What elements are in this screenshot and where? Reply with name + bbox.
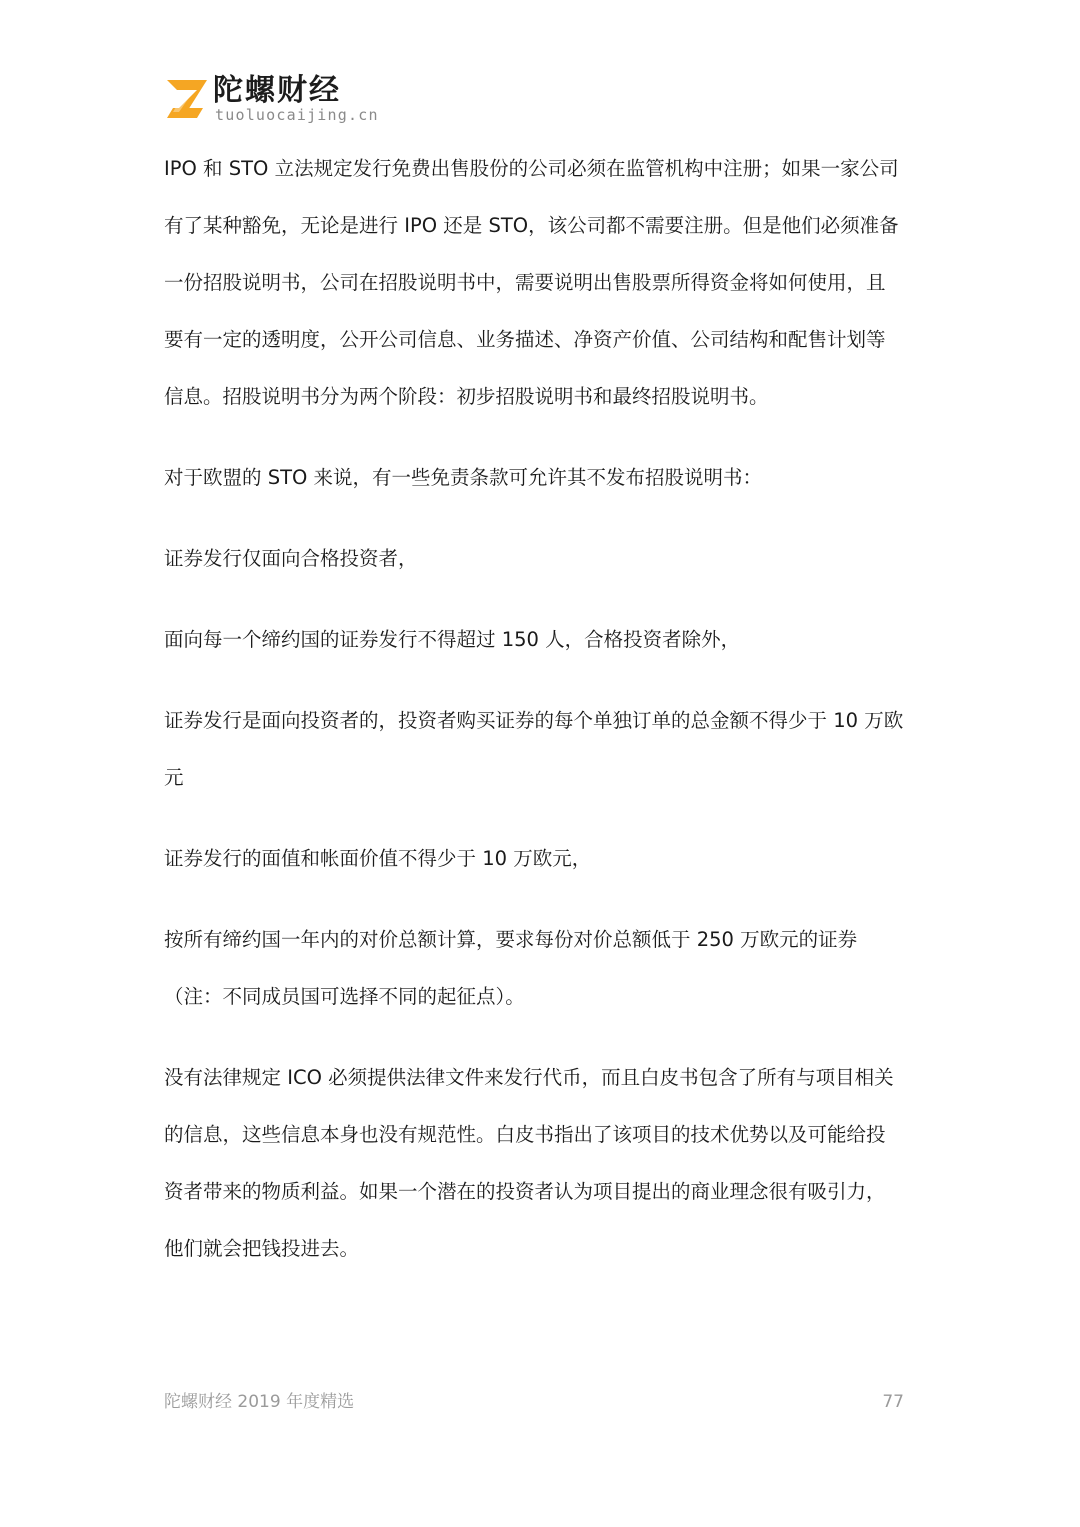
page-number: 77 xyxy=(882,1390,904,1414)
paragraph-min-order: 证券发行是面向投资者的，投资者购买证券的每个单独订单的总金额不得少于 10 万欧… xyxy=(164,692,924,806)
paragraph-eu-exemptions-intro: 对于欧盟的 STO 来说，有一些免责条款可允许其不发布招股说明书： xyxy=(164,449,924,506)
paragraph-ico-whitepaper: 没有法律规定 ICO 必须提供法律文件来发行代币，而且白皮书包含了所有与项目相关… xyxy=(164,1049,924,1277)
text-line: 信息。招股说明书分为两个阶段：初步招股说明书和最终招股说明书。 xyxy=(164,368,924,425)
paragraph-total-consideration: 按所有缔约国一年内的对价总额计算，要求每份对价总额低于 250 万欧元的证券 （… xyxy=(164,911,924,1025)
text-line: 元 xyxy=(164,749,924,806)
text-line: 要有一定的透明度，公开公司信息、业务描述、净资产价值、公司结构和配售计划等 xyxy=(164,311,924,368)
text-line: 证券发行的面值和帐面价值不得少于 10 万欧元， xyxy=(164,830,924,887)
logo-domain: tuoluocaijing.cn xyxy=(215,106,379,124)
text-line: 证券发行是面向投资者的，投资者购买证券的每个单独订单的总金额不得少于 10 万欧 xyxy=(164,692,924,749)
page-footer: 陀螺财经 2019 年度精选 77 xyxy=(164,1390,904,1414)
text-line: 对于欧盟的 STO 来说，有一些免责条款可允许其不发布招股说明书： xyxy=(164,449,924,506)
paragraph-150-persons: 面向每一个缔约国的证券发行不得超过 150 人，合格投资者除外， xyxy=(164,611,924,668)
text-line: IPO 和 STO 立法规定发行免费出售股份的公司必须在监管机构中注册；如果一家… xyxy=(164,140,924,197)
z-logo-icon xyxy=(163,76,209,122)
brand-logo: 陀螺财经 tuoluocaijing.cn xyxy=(163,74,363,124)
logo-name-cn: 陀螺财经 xyxy=(213,74,341,108)
text-line: 没有法律规定 ICO 必须提供法律文件来发行代币，而且白皮书包含了所有与项目相关 xyxy=(164,1049,924,1106)
paragraph-ipo-sto-registration: IPO 和 STO 立法规定发行免费出售股份的公司必须在监管机构中注册；如果一家… xyxy=(164,140,924,425)
text-line: 有了某种豁免，无论是进行 IPO 还是 STO，该公司都不需要注册。但是他们必须… xyxy=(164,197,924,254)
text-line: 资者带来的物质利益。如果一个潜在的投资者认为项目提出的商业理念很有吸引力， xyxy=(164,1163,924,1220)
paragraph-face-value: 证券发行的面值和帐面价值不得少于 10 万欧元， xyxy=(164,830,924,887)
paragraph-qualified-investors: 证券发行仅面向合格投资者， xyxy=(164,530,924,587)
text-line: 的信息，这些信息本身也没有规范性。白皮书指出了该项目的技术优势以及可能给投 xyxy=(164,1106,924,1163)
text-line: 一份招股说明书，公司在招股说明书中，需要说明出售股票所得资金将如何使用，且 xyxy=(164,254,924,311)
footer-publication: 陀螺财经 2019 年度精选 xyxy=(164,1390,354,1414)
text-line: 他们就会把钱投进去。 xyxy=(164,1220,924,1277)
text-line: 按所有缔约国一年内的对价总额计算，要求每份对价总额低于 250 万欧元的证券 xyxy=(164,911,924,968)
text-line: 证券发行仅面向合格投资者， xyxy=(164,530,924,587)
text-line: 面向每一个缔约国的证券发行不得超过 150 人，合格投资者除外， xyxy=(164,611,924,668)
text-line: （注：不同成员国可选择不同的起征点）。 xyxy=(164,968,924,1025)
document-body: IPO 和 STO 立法规定发行免费出售股份的公司必须在监管机构中注册；如果一家… xyxy=(164,140,924,1277)
